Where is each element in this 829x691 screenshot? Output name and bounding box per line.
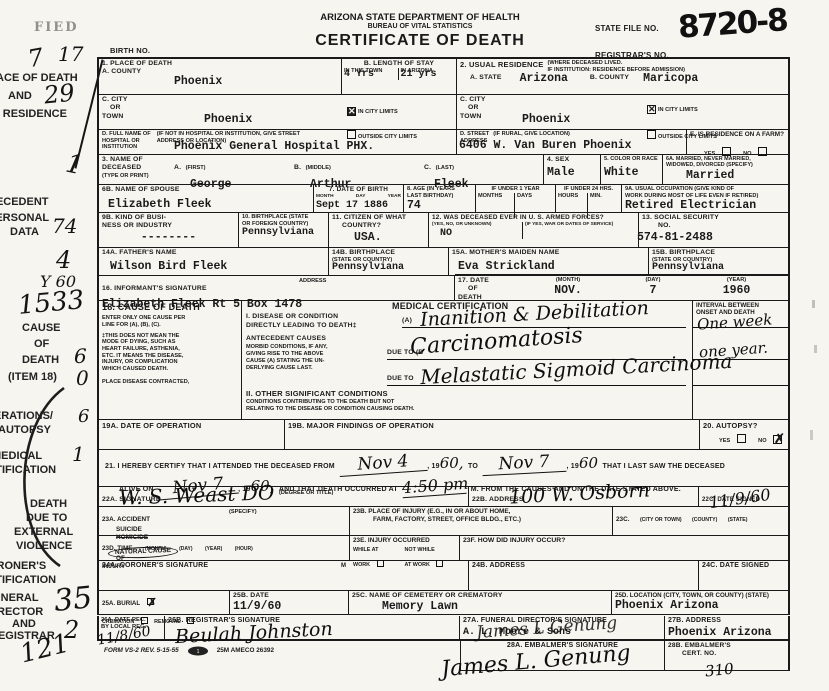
sex-label: 4. SEX	[547, 156, 597, 164]
degree-label: (DEGREE OR TITLE)	[279, 490, 333, 497]
scan-artifact	[810, 430, 813, 440]
union-bug-icon: 1	[187, 646, 209, 656]
county-value: Phoenix	[174, 75, 222, 88]
field-date-of-death: 17. DATE OF DEATH (MONTH) NOV. (DAY) 7 (…	[455, 274, 788, 300]
interval-label1: INTERVAL BETWEEN	[696, 302, 785, 309]
burial-label: 25A. BURIAL	[102, 600, 140, 607]
field-ssn: 13. SOCIAL SECURITY NO. 574-81-2488	[639, 213, 788, 247]
cause-note2e: INJURY, OR COMPLICATION	[102, 359, 238, 366]
operation-findings-label: 19B. MAJOR FINDINGS OF OPERATION	[288, 421, 696, 430]
field-street-address: D. STREET (IF RURAL, GIVE LOCATION) ADDR…	[457, 130, 687, 154]
margin-label: CAUSE	[22, 322, 61, 334]
cause-note2a: ‡THIS DOES NOT MEAN THE	[102, 333, 238, 340]
field-date-signed: 22C. DATE SIGNED 11/9/60	[699, 487, 788, 506]
middle-note: (MIDDLE)	[306, 165, 331, 171]
margin-label: CERTIFICATION	[0, 574, 56, 586]
field-coroner-address: 24B. ADDRESS	[469, 561, 699, 590]
margin-label: DATA	[10, 226, 39, 238]
state-file-number: 8720-8	[677, 2, 788, 45]
certify-from-date: Nov 4	[339, 450, 428, 477]
field-embalmer-signature: 28A. EMBALMER'S SIGNATURE James L. Genun…	[461, 641, 665, 670]
field-res-city: C. CITY OR TOWN Phoenix	[457, 95, 642, 129]
dod-year-note: (YEAR)	[688, 277, 785, 284]
field-coroner-date: 24C. DATE SIGNED	[699, 561, 788, 590]
field-citizen: 11. CITIZEN OF WHAT COUNTRY? USA.	[329, 213, 429, 247]
accident-label: 23A. ACCIDENT	[102, 516, 150, 523]
father-bp-label: 14B. BIRTHPLACE	[332, 249, 445, 257]
field-sex: 4. SEX Male	[544, 155, 601, 184]
cause-note2c: HEART FAILURE, ASTHENIA,	[102, 346, 238, 353]
svg-text:1: 1	[196, 649, 199, 655]
business-label2: NESS OR INDUSTRY	[102, 222, 235, 230]
margin-label: DECEDENT	[0, 196, 49, 208]
ssn-label1: 13. SOCIAL SECURITY	[642, 214, 785, 222]
margin-brace	[2, 382, 72, 572]
coroner-date-label: 24C. DATE SIGNED	[702, 562, 785, 571]
dob-year-label: YEAR	[388, 194, 401, 200]
name-label1: 3. NAME OF	[102, 156, 174, 164]
margin-handwriting: 0	[76, 366, 89, 390]
res-county-label: B. COUNTY	[590, 74, 629, 85]
name-label3: (TYPE OR PRINT)	[102, 173, 174, 180]
occupation-label2: WORK DURING MOST OF LIFE EVEN IF RETIRED…	[625, 193, 785, 200]
age-label1: 8. AGE (IN YEARS	[407, 186, 472, 193]
field-birthplace: 10. BIRTHPLACE (STATE OR FOREIGN COUNTRY…	[239, 213, 329, 247]
res-city-value: Phoenix	[522, 113, 570, 126]
dod-day-note: (DAY)	[618, 277, 688, 284]
res-county-value: Maricopa	[643, 72, 698, 85]
field-res-city-limits: ✕IN CITY LIMITS OUTSIDE CITY LIMITS	[642, 95, 788, 129]
res-city-label: C. CITY	[460, 96, 639, 104]
margin-handwriting: 6	[78, 406, 89, 427]
margin-label: AND	[12, 618, 36, 630]
how-injury-label: 23F. HOW DID INJURY OCCUR?	[463, 537, 785, 545]
street-value: 6406 W. Van Buren Phoenix	[459, 139, 632, 152]
field-physician-address: 22B. ADDRESS 100 W. Osborn	[469, 487, 699, 506]
while-at-label: WHILE AT	[353, 547, 405, 553]
field-occupation: 9A. USUAL OCCUPATION (GIVE KIND OF WORK …	[622, 185, 788, 212]
race-value: White	[604, 166, 659, 179]
spouse-value: Elizabeth Fleek	[108, 198, 310, 211]
margin-handwriting: 4	[56, 246, 71, 274]
hospital-label2: HOSPITAL OR	[102, 138, 151, 145]
cause-note2b: MODE OF DYING, SUCH AS	[102, 339, 238, 346]
father-bp-value: Pennsylviana	[332, 262, 445, 273]
hospital-label1: D. FULL NAME OF	[102, 131, 151, 138]
field-embalmer-cert-no: 28B. EMBALMER'S CERT. NO. 310	[665, 641, 788, 670]
field-length-of-stay: B. LENGTH OF STAY IN THIS TOWN 4 Yrs IN …	[342, 59, 457, 94]
field-armed-forces: 12. WAS DECEASED EVER IN U. S. ARMED FOR…	[429, 213, 639, 247]
field-mother: 15A. MOTHER'S MAIDEN NAME Eva Strickland	[449, 248, 649, 275]
citizen-label2: COUNTRY?	[342, 222, 425, 230]
margin-label: DIRECTOR	[0, 606, 43, 618]
margin-handwriting: 17	[58, 42, 83, 66]
print-code: 25M AMECO 26392	[217, 647, 274, 655]
length-of-stay-label: B. LENGTH OF STAY	[344, 60, 454, 68]
field-manner-of-death: 23A. ACCIDENT (SPECIFY) SUICIDE HOMICIDE…	[99, 507, 350, 535]
under24-label: IF UNDER 24 HRS.	[558, 186, 619, 193]
checkbox-icon: ✗	[147, 598, 154, 605]
dod-label2: OF	[468, 285, 518, 293]
dod-day-value: 7	[618, 284, 688, 297]
place-of-injury-label1: 23B. PLACE OF INJURY (E.G., IN OR ABOUT …	[353, 508, 609, 516]
usual-residence-label: 2. USUAL RESIDENCE	[460, 60, 543, 73]
margin-label: USUAL RESIDENCE	[0, 108, 67, 120]
hospital-note1: (IF NOT IN HOSPITAL OR INSTITUTION, GIVE…	[157, 131, 300, 138]
injury-time-hour: (HOUR)	[235, 546, 253, 552]
citizen-value: USA.	[354, 231, 425, 244]
dod-label1: 17. DATE	[458, 277, 518, 285]
name-label2: DECEASED	[102, 164, 174, 172]
embalmer-cert-label1: 28B. EMBALMER'S	[668, 642, 785, 650]
hospital-label3: INSTITUTION	[102, 144, 151, 151]
age-value: 74	[407, 199, 472, 212]
field-race: 5. COLOR OR RACE White	[601, 155, 663, 184]
field-registrar-signature: 26B. REGISTRAR'S SIGNATURE Beulah Johnst…	[165, 616, 460, 639]
usual-residence-note1: (WHERE DECEASED LIVED.	[547, 60, 684, 67]
field-medical-certification: MEDICAL CERTIFICATION I. DISEASE OR COND…	[242, 301, 692, 419]
field-under-24-hrs: IF UNDER 24 HRS. HOURS MIN.	[556, 185, 622, 212]
dob-day-label: DAY	[356, 194, 366, 200]
disposition-date-label: 25B. DATE	[233, 592, 345, 600]
field-cemetery: 25C. NAME OF CEMETERY OR CREMATORY Memor…	[349, 591, 612, 614]
field-place-of-injury: 23B. PLACE OF INJURY (E.G., IN OR ABOUT …	[350, 507, 613, 535]
last-note: (LAST)	[436, 165, 454, 171]
disposition-location-label: 25D. LOCATION (CITY, TOWN, OR COUNTY) (S…	[615, 592, 785, 599]
middle-letter: B.	[294, 164, 301, 171]
certificate-of-death-scan: PLACE OF DEATH AND USUAL RESIDENCE DECED…	[0, 0, 829, 691]
field-coroner-signature: 24A. CORONER'S SIGNATURE	[99, 561, 469, 590]
in-this-town-value: 4 Yrs	[344, 69, 398, 80]
dob-month-label: MONTH	[316, 194, 334, 200]
field-farm: E. IS RESIDENCE ON A FARM? YES NO	[687, 130, 788, 154]
place-of-injury-label2: FARM, FACTORY, STREET, OFFICE BLDG., ETC…	[373, 516, 609, 524]
fd-address-value: Phoenix Arizona	[668, 626, 785, 639]
field-cause-notes: 18. CAUSE OF DEATH ENTER ONLY ONE CAUSE …	[99, 301, 242, 419]
field-funeral-director-address: 27B. ADDRESS Phoenix Arizona	[665, 616, 788, 639]
coroner-signature-label: 24A. CORONER'S SIGNATURE	[102, 562, 465, 571]
interval-a-value: One week	[696, 310, 772, 333]
scan-artifact	[812, 300, 815, 308]
under1-label: IF UNDER 1 YEAR	[478, 186, 553, 193]
cause-note3: PLACE DISEASE CONTRACTED,	[102, 379, 238, 386]
field-father: 14A. FATHER'S NAME Wilson Bird Fleek	[99, 248, 329, 275]
injury-loc-label: 23C.	[616, 516, 630, 523]
street-note: (IF RURAL, GIVE LOCATION)	[493, 131, 570, 138]
cause-label: 18. CAUSE OF DEATH	[102, 302, 238, 313]
margin-label: OF	[34, 338, 49, 350]
mother-bp-label: 15B. BIRTHPLACE	[652, 249, 785, 257]
cause-note1a: ENTER ONLY ONE CAUSE PER	[102, 315, 238, 322]
cause-note2f: WHICH CAUSED DEATH.	[102, 366, 238, 373]
cause-note2d: ETC. IT MEANS THE DISEASE,	[102, 353, 238, 360]
injury-occurred-label: 23E. INJURY OCCURRED	[353, 537, 456, 545]
field-disposition: 25A. BURIAL ✗ CREMATION REMOVAL	[99, 591, 230, 614]
field-deceased-name: 3. NAME OF DECEASED (TYPE OR PRINT) A. (…	[99, 155, 544, 184]
dod-month-value: NOV.	[518, 284, 618, 297]
checkbox-icon	[737, 434, 746, 443]
checkbox-icon: ✗	[773, 435, 782, 444]
other-conditions-label: II. OTHER SIGNIFICANT CONDITIONS	[246, 389, 388, 398]
armed-value: NO	[440, 228, 522, 239]
disposition-date-value: 11/9/60	[233, 600, 345, 613]
margin-label: DEATH	[22, 354, 59, 366]
father-label: 14A. FATHER'S NAME	[102, 249, 325, 257]
ssn-label2: NO.	[658, 222, 785, 230]
citizen-label1: 11. CITIZEN OF WHAT	[332, 214, 425, 222]
business-label1: 9B. KIND OF BUSI-	[102, 214, 235, 222]
field-physician-signature: 22A. SIGNATURE (DEGREE OR TITLE) W. S. W…	[99, 487, 469, 506]
farm-label: E. IS RESIDENCE ON A FARM?	[690, 131, 785, 139]
occupation-value: Retired Electrician	[625, 199, 785, 212]
father-value: Wilson Bird Fleek	[110, 260, 325, 273]
field-time-of-injury: 23D. TIME (MONTH) (DAY) (YEAR) (HOUR) OF…	[99, 536, 350, 560]
field-informant: 16. INFORMANT'S SIGNATURE ADDRESS Elizab…	[99, 276, 455, 300]
occupation-label1: 9A. USUAL OCCUPATION (GIVE KIND OF	[625, 186, 785, 193]
margin-handwriting: 35	[52, 580, 94, 619]
injury-time-label1: 23D. TIME	[102, 545, 133, 552]
field-hospital: D. FULL NAME OF HOSPITAL OR INSTITUTION …	[99, 130, 457, 154]
scan-artifact	[814, 345, 817, 353]
certify-text-1b: THAT I LAST SAW THE DECEASED	[603, 463, 726, 470]
certify-to-date: Nov 7	[482, 451, 567, 476]
field-business: 9B. KIND OF BUSI- NESS OR INDUSTRY -----…	[99, 213, 239, 247]
birthplace-value: Pennsylviana	[242, 227, 325, 238]
specify-label: (SPECIFY)	[229, 509, 257, 516]
injury-loc-county: (COUNTY)	[692, 517, 717, 523]
race-label: 5. COLOR OR RACE	[604, 156, 659, 163]
margin-handwriting: 29	[43, 78, 76, 109]
marital-value: Married	[686, 169, 785, 182]
disease-label2: DIRECTLY LEADING TO DEATH‡	[246, 322, 357, 330]
cemetery-label: 25C. NAME OF CEMETERY OR CREMATORY	[352, 592, 608, 600]
place-of-death-label: 1. PLACE OF DEATH	[102, 60, 338, 68]
other-conditions-note2: RELATING TO THE DISEASE OR CONDITION CAU…	[246, 406, 414, 413]
printed-19b: 19	[571, 463, 579, 470]
first-letter: A.	[174, 164, 181, 171]
birthplace-label1: 10. BIRTHPLACE (STATE	[242, 214, 325, 221]
dob-label: 7. DATE OF BIRTH	[316, 186, 401, 194]
field-interval: INTERVAL BETWEEN ONSET AND DEATH One wee…	[692, 301, 788, 419]
dod-year-value: 1960	[688, 284, 785, 297]
field-disposition-date: 25B. DATE 11/9/60	[230, 591, 349, 614]
interval-b-value: one year.	[698, 339, 768, 362]
faint-stamp: FIED	[34, 20, 79, 35]
informant-addr-label: ADDRESS	[299, 278, 326, 285]
physician-signature-value: W. S. Weast DO	[119, 480, 275, 509]
informant-label: 16. INFORMANT'S SIGNATURE	[102, 285, 207, 292]
spouse-label: 6B. NAME OF SPOUSE	[102, 186, 310, 194]
certify-to-label: TO	[468, 463, 478, 470]
autopsy-yes-label: YES	[719, 438, 730, 444]
antecedent-note3: CAUSE (A) STATING THE UN-	[246, 358, 324, 365]
field-disposition-location: 25D. LOCATION (CITY, TOWN, OR COUNTY) (S…	[612, 591, 788, 614]
armed-note2: (IF YES, WAR OR DATES OF SERVICE)	[523, 222, 635, 239]
margin-handwriting: 6	[74, 344, 87, 368]
disease-label1: I. DISEASE OR CONDITION	[246, 313, 338, 321]
field-mother-birthplace: 15B. BIRTHPLACE (STATE OR COUNTRY) Penns…	[649, 248, 788, 275]
antecedent-note1: MORBID CONDITIONS, IF ANY,	[246, 344, 328, 351]
antecedent-note2: GIVING RISE TO THE ABOVE	[246, 351, 323, 358]
injury-loc-city: (CITY OR TOWN)	[640, 517, 682, 523]
embalmer-cert-label2: CERT. NO.	[682, 650, 785, 658]
field-father-birthplace: 14B. BIRTHPLACE (STATE OR COUNTRY) Penns…	[329, 248, 449, 275]
street-label: D. STREET	[460, 131, 489, 138]
mother-value: Eva Strickland	[458, 260, 645, 273]
field-usual-residence: 2. USUAL RESIDENCE (WHERE DECEASED LIVED…	[457, 59, 788, 94]
res-city-or: OR	[468, 104, 639, 112]
bureau-name: BUREAU OF VITAL STATISTICS	[255, 23, 585, 30]
mother-bp-value: Pennsylviana	[652, 262, 785, 273]
injury-time-day: (DAY)	[179, 546, 192, 552]
suicide-label: SUICIDE	[116, 526, 346, 534]
field-funeral-director-signature: 27A. FUNERAL DIRECTOR'S SIGNATURE A. L. …	[460, 616, 665, 639]
ssn-value: 574-81-2488	[637, 231, 713, 244]
checkbox-icon: ✕	[647, 105, 656, 114]
field-under-1-year: IF UNDER 1 YEAR MONTHS DAYS	[476, 185, 556, 212]
margin-handwriting: 7	[26, 43, 46, 73]
last-letter: C.	[424, 164, 431, 171]
field-operation-findings: 19B. MAJOR FINDINGS OF OPERATION	[285, 420, 700, 449]
in-city-limits-label: IN CITY LIMITS	[358, 109, 398, 115]
margin-label: FUNERAL	[0, 592, 39, 604]
margin-handwriting: 1	[72, 442, 85, 466]
field-injury-occurred: 23E. INJURY OCCURRED WHILE AT WORK NOT W…	[350, 536, 460, 560]
dob-value: Sept 17 1886	[316, 200, 401, 211]
autopsy-no-label: NO	[758, 438, 766, 444]
dod-month-note: (MONTH)	[518, 277, 618, 284]
state-label: A. STATE	[470, 74, 502, 85]
coroner-address-label: 24B. ADDRESS	[472, 562, 695, 571]
sex-value: Male	[547, 166, 597, 179]
cause-a-prefix: (A)	[402, 317, 412, 325]
antecedent-note4: DERLYING CAUSE LAST.	[246, 365, 313, 372]
department-name: ARIZONA STATE DEPARTMENT OF HEALTH	[255, 12, 585, 23]
certificate-title: CERTIFICATE OF DEATH	[255, 32, 585, 50]
first-note: (FIRST)	[186, 165, 206, 171]
antecedent-label: ANTECEDENT CAUSES	[246, 335, 326, 343]
field-date-received: 26A. DATE REC. BY LOCAL REG. 11/8/60	[99, 616, 165, 639]
margin-handwriting: 1533	[17, 285, 86, 321]
field-city-of-death: C. CITY OR TOWN Phoenix	[99, 95, 342, 129]
cause-note1b: LINE FOR (A), (B), (C).	[102, 322, 238, 329]
field-place-of-death-county: 1. PLACE OF DEATH A. COUNTY Phoenix	[99, 59, 342, 94]
disposition-location-value: Phoenix Arizona	[615, 599, 785, 612]
state-file-label: STATE FILE NO.	[595, 24, 659, 34]
city-value: Phoenix	[204, 113, 252, 126]
embalmer-cert-value: 310	[704, 660, 734, 681]
state-value: Arizona	[520, 72, 568, 85]
margin-label: AND	[8, 90, 32, 102]
date-received-label1: 26A. DATE REC.	[101, 617, 162, 624]
due-to-c-label: DUE TO	[387, 375, 414, 383]
operation-date-label: 19A. DATE OF OPERATION	[102, 421, 281, 430]
field-injury-location: 23C. (CITY OR TOWN) (COUNTY) (STATE)	[613, 507, 788, 535]
field-spouse: 6B. NAME OF SPOUSE Elizabeth Fleek	[99, 185, 314, 212]
injury-loc-state: (STATE)	[728, 517, 748, 523]
margin-label: PERSONAL	[0, 212, 49, 224]
armed-label: 12. WAS DECEASED EVER IN U. S. ARMED FOR…	[432, 214, 635, 222]
fd-address-label: 27B. ADDRESS	[668, 617, 785, 626]
mother-label: 15A. MOTHER'S MAIDEN NAME	[452, 249, 645, 257]
certify-text-1a: 21. I HEREBY CERTIFY THAT I ATTENDED THE…	[105, 463, 335, 470]
hospital-value: Phoenix General Hospital PHX.	[174, 140, 374, 153]
field-date-of-operation: 19A. DATE OF OPERATION	[99, 420, 285, 449]
field-city-limits: ✕IN CITY LIMITS OUTSIDE CITY LIMITS	[342, 95, 457, 129]
cemetery-value: Memory Lawn	[382, 600, 608, 613]
city-label: C. CITY	[102, 96, 339, 104]
field-marital: 6A. MARRIED, NEVER MARRIED, WIDOWED, DIV…	[663, 155, 788, 184]
field-certify-statement: 21. I HEREBY CERTIFY THAT I ATTENDED THE…	[99, 450, 788, 486]
res-in-city-limits-label: IN CITY LIMITS	[658, 107, 698, 113]
form-number: FORM VS-2 REV. 5-15-55	[104, 647, 179, 655]
checkbox-icon: ✕	[347, 107, 356, 116]
age-label2: LAST BIRTHDAY)	[407, 193, 472, 200]
injury-time-month: (MONTH)	[145, 546, 167, 552]
certify-from-year: 60,	[440, 454, 464, 472]
birth-no-label: BIRTH NO.	[110, 46, 150, 55]
margin-handwriting: 74	[52, 214, 77, 238]
field-dob: 7. DATE OF BIRTH MONTH DAY YEAR Sept 17 …	[314, 185, 404, 212]
field-autopsy: 20. AUTOPSY? YES NO ✗	[700, 420, 788, 449]
business-value: --------	[102, 231, 235, 244]
certify-to-year: 60	[579, 454, 598, 472]
in-arizona-value: 21 yrs	[401, 69, 455, 80]
field-how-injury: 23F. HOW DID INJURY OCCUR?	[460, 536, 788, 560]
other-conditions-note1: CONDITIONS CONTRIBUTING TO THE DEATH BUT…	[246, 399, 394, 406]
printed-19a: 19	[432, 463, 440, 470]
injury-time-year: (YEAR)	[205, 546, 222, 552]
not-while-label: NOT WHILE	[405, 547, 457, 553]
field-age: 8. AGE (IN YEARS LAST BIRTHDAY) 74	[404, 185, 476, 212]
city-or: OR	[110, 104, 339, 112]
